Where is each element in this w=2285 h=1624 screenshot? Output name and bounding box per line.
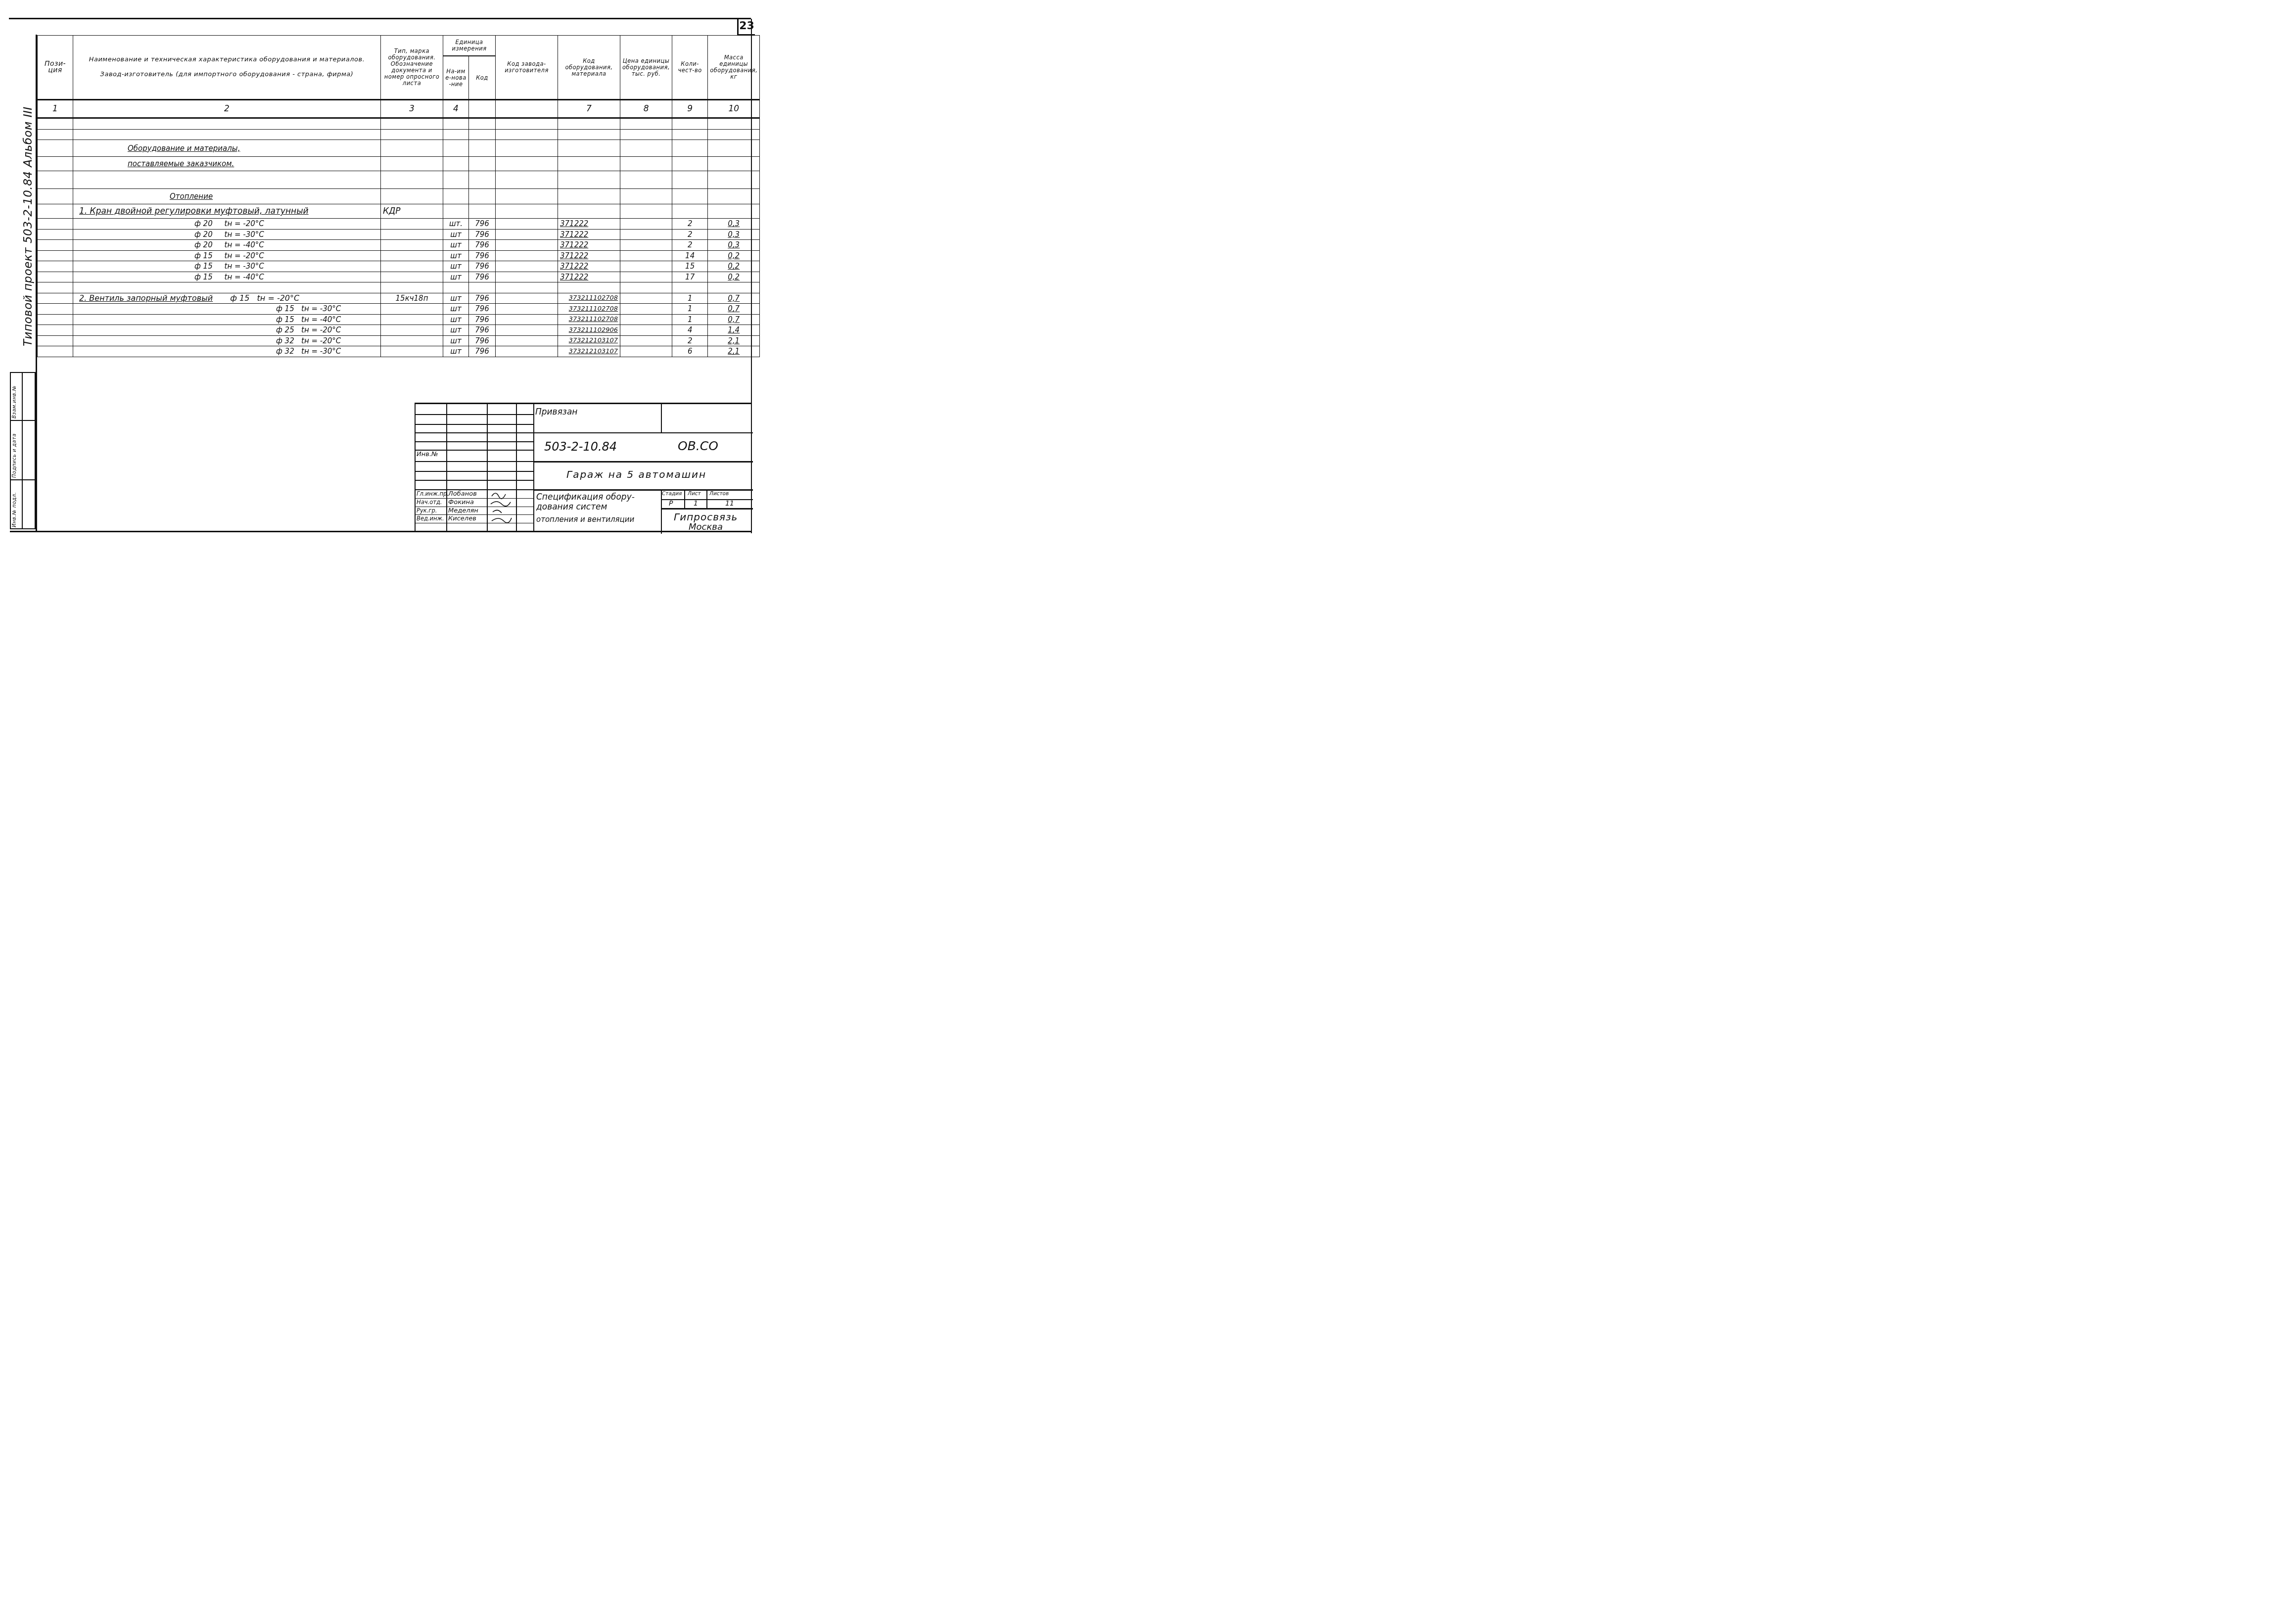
temperature: tн = -20°C	[301, 336, 341, 345]
header-position: Пози-ция	[38, 36, 73, 100]
project-code: 503-2-10.84	[544, 440, 617, 454]
quantity: 4	[672, 325, 708, 336]
document-mark: ОВ.СО	[678, 439, 718, 453]
quantity: 2	[672, 240, 708, 251]
row-spec: ф 32 tн = -20°C	[73, 335, 381, 346]
temperature: tн = -20°C	[225, 219, 264, 228]
stage-label: Стадия	[662, 491, 682, 497]
grid-line	[487, 404, 488, 531]
album-label: Типовой проект 503-2-10.84 Альбом III	[22, 107, 35, 347]
header-factory-code: Код завода-изготовителя	[496, 36, 558, 100]
mass: 0,7	[708, 304, 760, 315]
mass: 0,7	[708, 293, 760, 304]
stamp-cell-divider	[11, 420, 35, 421]
object-name: Гараж на 5 автомашин	[566, 468, 706, 480]
equipment-code: 373211102906	[558, 325, 620, 336]
unit: шт	[443, 261, 469, 272]
mass: 2,1	[708, 335, 760, 346]
signatures-icon	[489, 489, 515, 525]
quantity: 2	[672, 335, 708, 346]
table-row	[38, 129, 760, 140]
temperature: tн = -20°C	[257, 293, 300, 303]
diameter: ф 32	[276, 336, 294, 345]
diameter: ф 15	[194, 251, 213, 260]
unit: шт	[443, 335, 469, 346]
diameter: ф 15	[194, 262, 213, 271]
colnum-10: 10	[708, 100, 760, 118]
mass: 0,7	[708, 314, 760, 325]
quantity: 6	[672, 346, 708, 357]
table-row: ф 20 tн = -40°C шт796 371222 20,3	[38, 240, 760, 251]
unit: шт.	[443, 219, 469, 230]
grid-line	[533, 404, 534, 531]
diameter: ф 25	[276, 325, 294, 334]
unit-code: 796	[469, 314, 496, 325]
unit-code: 796	[469, 325, 496, 336]
diameter: ф 15	[276, 315, 294, 324]
temperature: tн = -30°C	[225, 262, 264, 271]
quantity: 2	[672, 229, 708, 240]
table-header-row: Пози-ция Наименование и техническая хара…	[38, 36, 760, 56]
organization: Гипросвязь	[674, 511, 738, 523]
sheets-label: Листов	[709, 491, 729, 497]
table-row	[38, 171, 760, 189]
table-row: поставляемые заказчиком.	[38, 157, 760, 171]
header-price: Цена единицы оборудования, тыс. руб.	[620, 36, 672, 100]
table-row: ф 32 tн = -30°C шт796 373212103107 62,1	[38, 346, 760, 357]
temperature: tн = -40°C	[301, 315, 341, 324]
unit-code: 796	[469, 219, 496, 230]
top-border-line	[9, 18, 751, 19]
temperature: tн = -30°C	[301, 304, 341, 313]
table-row: Оборудование и материалы,	[38, 140, 760, 157]
quantity: 15	[672, 261, 708, 272]
unit: шт	[443, 240, 469, 251]
table-row: Отопление	[38, 189, 760, 204]
quantity: 14	[672, 250, 708, 261]
sign-role: Гл.инж.пр.	[417, 490, 449, 497]
colnum-5	[469, 100, 496, 118]
unit: шт	[443, 293, 469, 304]
equipment-code: 373212103107	[558, 346, 620, 357]
diameter: ф 20	[194, 219, 213, 228]
equipment-code: 373211102708	[558, 304, 620, 315]
item1-type: КДР	[381, 204, 443, 219]
sign-name: Фокина	[448, 499, 474, 506]
unit: шт	[443, 346, 469, 357]
unit-code: 796	[469, 293, 496, 304]
unit: шт	[443, 272, 469, 282]
sheet-title-line1: Спецификация обору-	[536, 492, 635, 502]
table-row: ф 20 tн = -20°C шт.796 371222 20,3	[38, 219, 760, 230]
quantity: 1	[672, 293, 708, 304]
item1-title: 1. Кран двойной регулировки муфтовый, ла…	[73, 204, 381, 219]
mass: 0,3	[708, 219, 760, 230]
row-spec: ф 15 tн = -40°C	[73, 314, 381, 325]
temperature: tн = -30°C	[301, 347, 341, 356]
table-row: ф 32 tн = -20°C шт796 373212103107 22,1	[38, 335, 760, 346]
table-row: ф 15 tн = -30°C шт796 373211102708 10,7	[38, 304, 760, 315]
item2-row-spec: 2. Вентиль запорный муфтовыйф 15 tн = -2…	[73, 293, 381, 304]
colnum-2: 2	[73, 100, 381, 118]
row-spec: ф 20 tн = -20°C	[73, 219, 381, 230]
mass: 2,1	[708, 346, 760, 357]
colnum-1: 1	[38, 100, 73, 118]
quantity: 2	[672, 219, 708, 230]
stamp-cell-divider	[11, 479, 35, 480]
stamp-signature-date: Подпись и дата	[12, 433, 17, 478]
row-spec: ф 20 tн = -30°C	[73, 229, 381, 240]
city: Москва	[689, 522, 723, 532]
inv-label: Инв.№	[417, 451, 438, 458]
table-row: ф 25 tн = -20°C шт796 373211102906 41,4	[38, 325, 760, 336]
unit-code: 796	[469, 335, 496, 346]
diameter: ф 20	[194, 230, 213, 239]
sheet-value: 1	[694, 500, 698, 508]
quantity: 17	[672, 272, 708, 282]
subsection-heating: Отопление	[73, 189, 381, 204]
colnum-4: 4	[443, 100, 469, 118]
unit: шт	[443, 250, 469, 261]
unit: шт	[443, 314, 469, 325]
stamp-inv-original: Инв.№ подл.	[12, 492, 17, 527]
sheet-title-line3: отопления и вентиляции	[536, 515, 634, 524]
section-title-line2: поставляемые заказчиком.	[73, 157, 381, 171]
grid-line	[446, 404, 447, 531]
diameter: ф 20	[194, 240, 213, 249]
unit-code: 796	[469, 261, 496, 272]
equipment-code: 373211102708	[558, 293, 620, 304]
sheets-value: 11	[725, 500, 734, 508]
sign-role: Нач.отд.	[417, 499, 442, 506]
specification-table: Пози-ция Наименование и техническая хара…	[37, 35, 760, 357]
equipment-code: 371222	[558, 219, 620, 230]
header-type: Тип, марка оборудования. Обозначение док…	[381, 36, 443, 100]
row-spec: ф 32 tн = -30°C	[73, 346, 381, 357]
row-spec: ф 25 tн = -20°C	[73, 325, 381, 336]
sign-name: Лобанов	[448, 490, 477, 498]
row-spec: ф 15 tн = -20°C	[73, 250, 381, 261]
section-title-line1: Оборудование и материалы,	[73, 140, 381, 157]
header-unit-group: Единица измерения	[443, 36, 496, 56]
equipment-code: 371222	[558, 240, 620, 251]
sign-role: Рук.гр.	[417, 507, 437, 514]
colnum-7: 7	[558, 100, 620, 118]
equipment-code: 371222	[558, 272, 620, 282]
item-title-row: 1. Кран двойной регулировки муфтовый, ла…	[38, 204, 760, 219]
mass: 0,2	[708, 261, 760, 272]
unit-code: 796	[469, 304, 496, 315]
table-row	[38, 282, 760, 293]
unit: шт	[443, 325, 469, 336]
header-name: Наименование и техническая характеристик…	[73, 36, 381, 100]
grid-line	[516, 404, 517, 531]
unit-code: 796	[469, 346, 496, 357]
equipment-code: 373212103107	[558, 335, 620, 346]
quantity: 1	[672, 304, 708, 315]
unit-code: 796	[469, 272, 496, 282]
colnum-3: 3	[381, 100, 443, 118]
header-mass: Масса единицы оборудования, кг	[708, 36, 760, 100]
title-block: Инв.№ Гл.инж.пр. Лобанов Нач.отд. Фокина…	[415, 403, 752, 532]
header-equipment-code: Код оборудования, материала	[558, 36, 620, 100]
unit-code: 796	[469, 250, 496, 261]
column-number-row: 1 2 3 4 7 8 9 10	[38, 100, 760, 118]
item2-title: 2. Вентиль запорный муфтовый	[79, 293, 213, 303]
sheet-label: Лист	[688, 491, 701, 497]
table-row: ф 15 tн = -40°C шт796 373211102708 10,7	[38, 314, 760, 325]
stamp-strip: Взам.инв.№ Подпись и дата Инв.№ подл.	[10, 372, 36, 529]
stamp-separator	[22, 373, 23, 528]
item2-type: 15кч18п	[381, 293, 443, 304]
unit: шт	[443, 229, 469, 240]
equipment-code: 371222	[558, 250, 620, 261]
row-spec: ф 20 tн = -40°C	[73, 240, 381, 251]
stamp-replace-inv: Взам.инв.№	[12, 385, 17, 418]
mass: 0,3	[708, 240, 760, 251]
temperature: tн = -20°C	[301, 325, 341, 334]
mass: 0,3	[708, 229, 760, 240]
temperature: tн = -40°C	[225, 273, 264, 281]
header-quantity: Коли-чест-во	[672, 36, 708, 100]
diameter: ф 15	[276, 304, 294, 313]
page-number: 23	[737, 19, 755, 36]
temperature: tн = -30°C	[225, 230, 264, 239]
mass: 1,4	[708, 325, 760, 336]
table-row	[38, 118, 760, 130]
quantity: 1	[672, 314, 708, 325]
row-spec: ф 15 tн = -40°C	[73, 272, 381, 282]
sign-name: Меделян	[448, 507, 478, 514]
table-row: ф 15 tн = -40°C шт796 371222 170,2	[38, 272, 760, 282]
temperature: tн = -40°C	[225, 240, 264, 249]
sheet-title-line2: дования систем	[536, 502, 607, 512]
table-row: ф 15 tн = -30°C шт796 371222 150,2	[38, 261, 760, 272]
diameter: ф 15	[194, 273, 213, 281]
diameter: ф 32	[276, 347, 294, 356]
header-unit-code: Код	[469, 56, 496, 99]
temperature: tн = -20°C	[225, 251, 264, 260]
colnum-9: 9	[672, 100, 708, 118]
row-spec: ф 15 tн = -30°C	[73, 304, 381, 315]
table-row: 2. Вентиль запорный муфтовыйф 15 tн = -2…	[38, 293, 760, 304]
colnum-6	[496, 100, 558, 118]
linked-label: Привязан	[535, 407, 577, 417]
stage-value: Р	[669, 500, 673, 508]
table-row: ф 20 tн = -30°C шт796 371222 20,3	[38, 229, 760, 240]
equipment-code: 371222	[558, 261, 620, 272]
unit-code: 796	[469, 229, 496, 240]
row-spec: ф 15 tн = -30°C	[73, 261, 381, 272]
sign-role: Вед.инж.	[417, 515, 444, 522]
mass: 0,2	[708, 272, 760, 282]
colnum-8: 8	[620, 100, 672, 118]
equipment-code: 373211102708	[558, 314, 620, 325]
unit-code: 796	[469, 240, 496, 251]
equipment-code: 371222	[558, 229, 620, 240]
mass: 0,2	[708, 250, 760, 261]
header-unit-name: На-име-нова-ние	[443, 56, 469, 99]
diameter: ф 15	[230, 293, 249, 303]
table-row: ф 15 tн = -20°C шт796 371222 140,2	[38, 250, 760, 261]
unit: шт	[443, 304, 469, 315]
sign-name: Киселев	[448, 515, 476, 522]
